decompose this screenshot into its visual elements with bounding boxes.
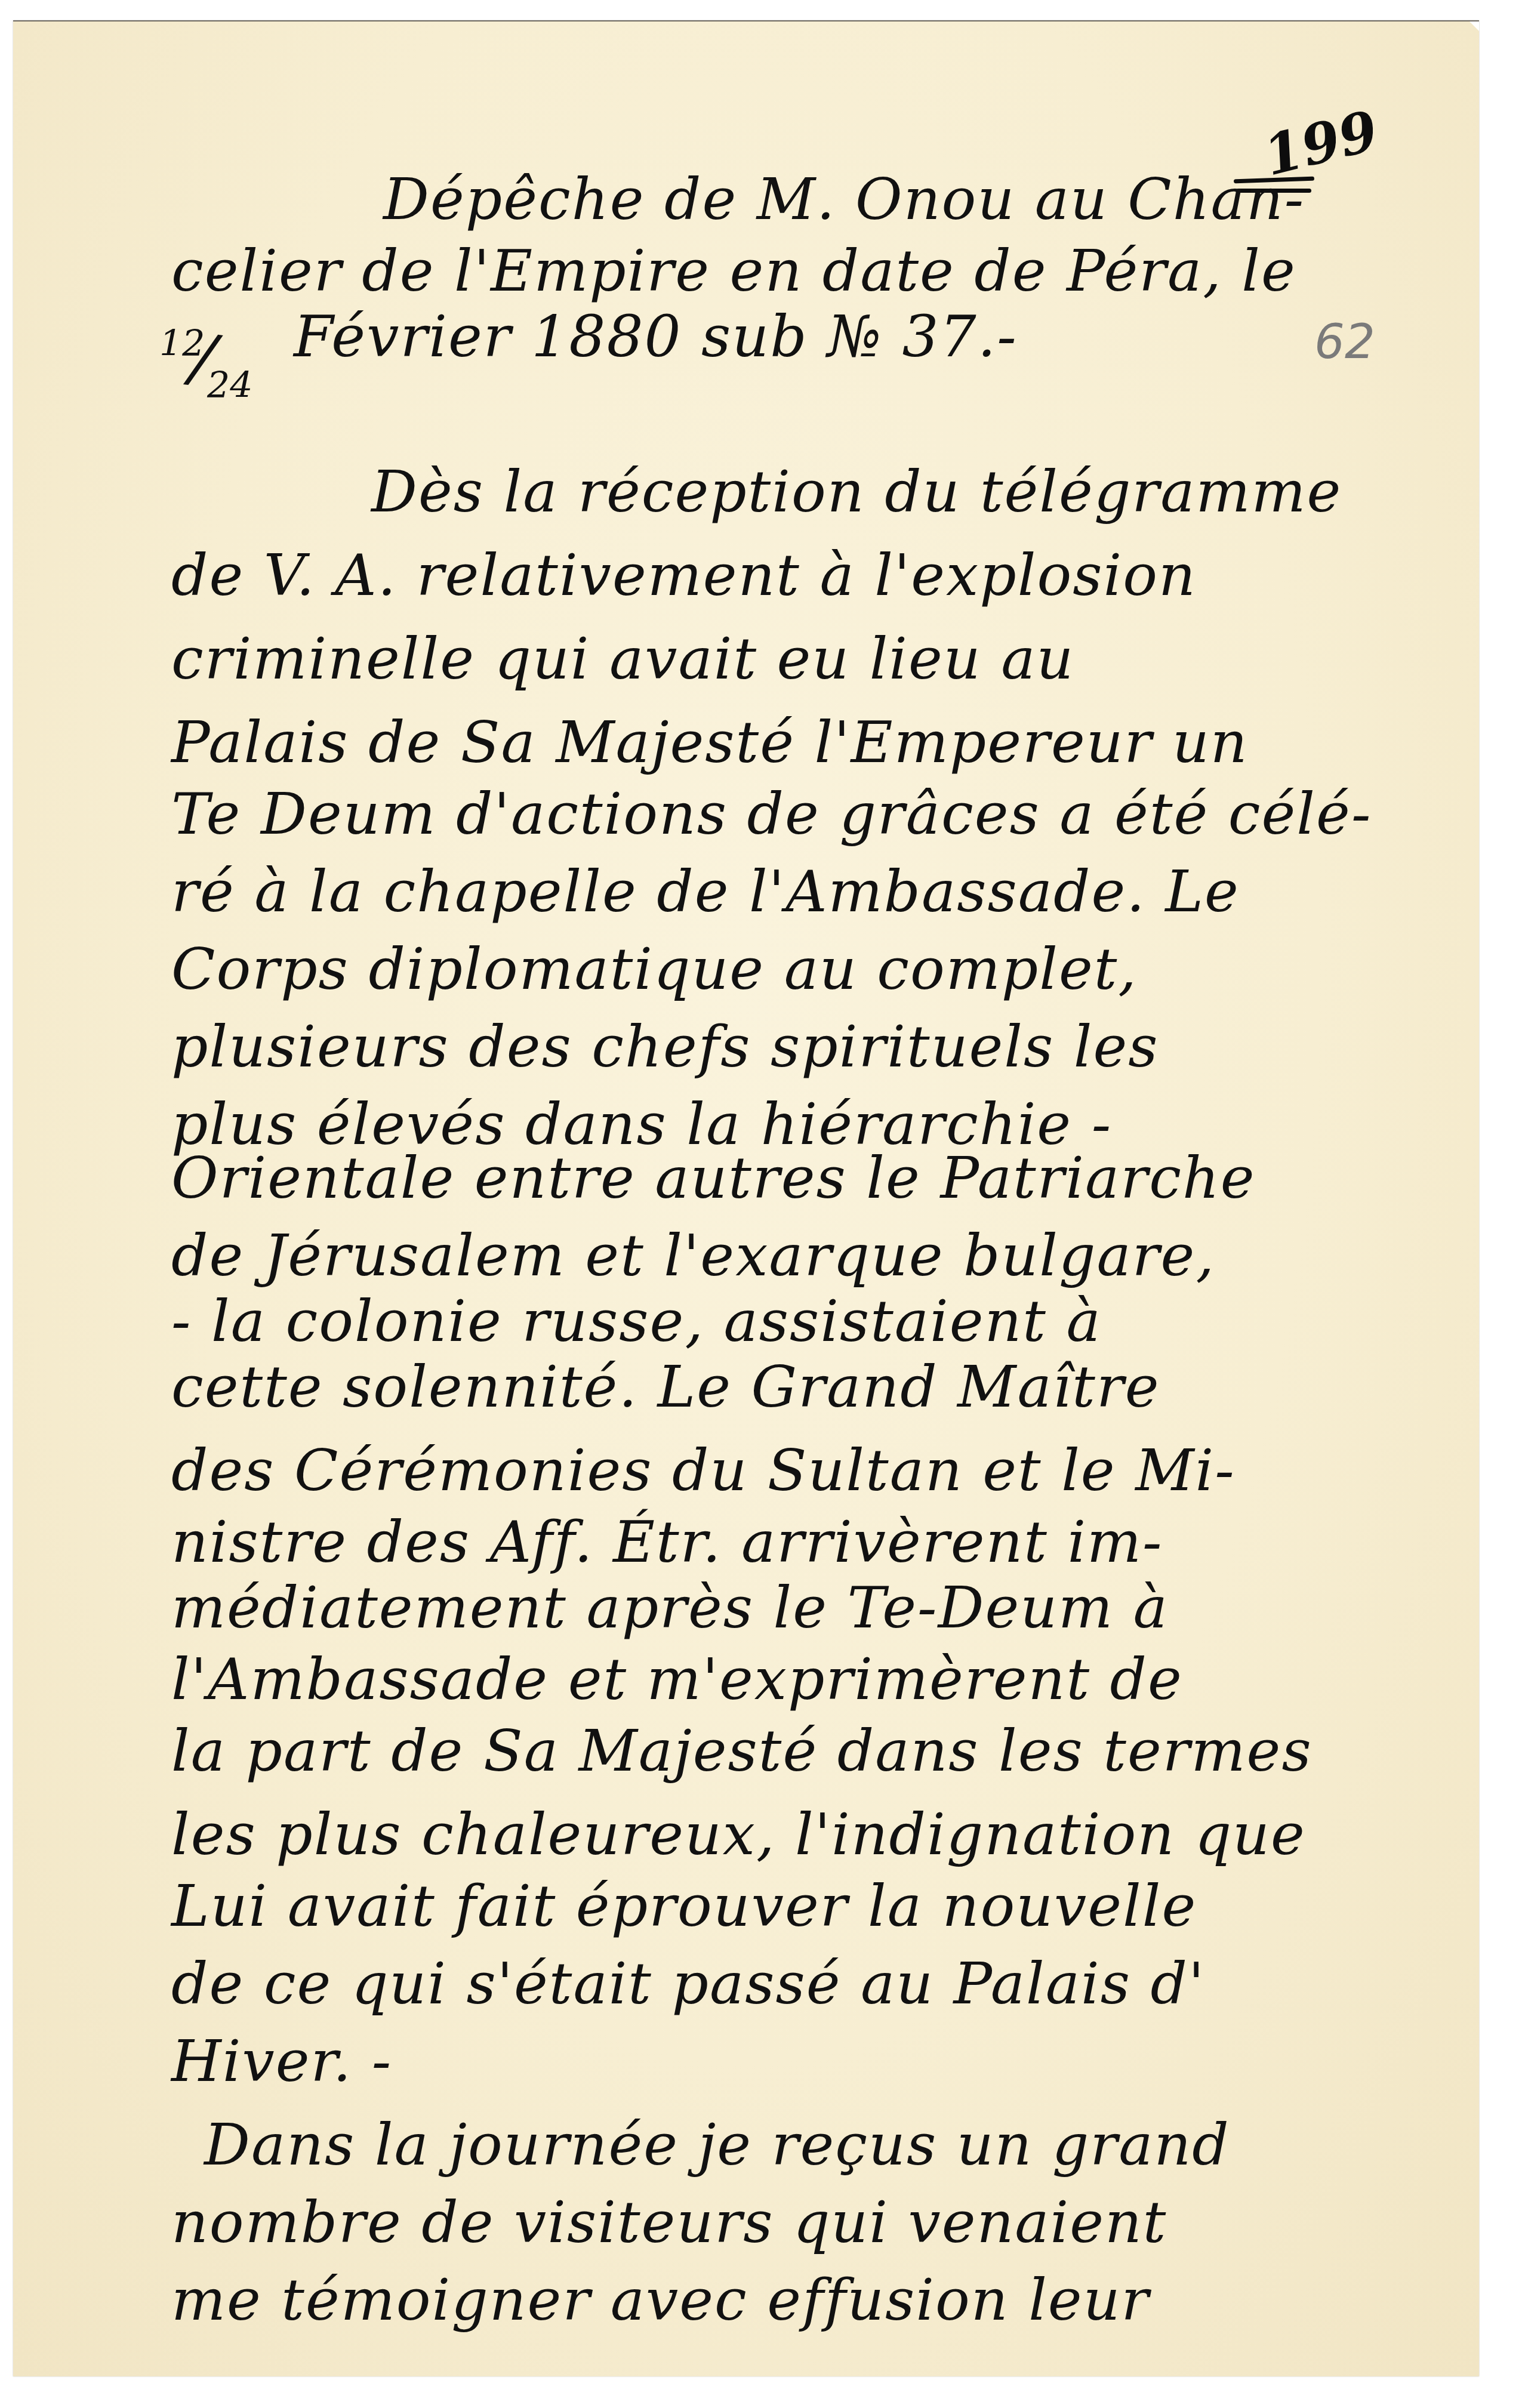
body-line: Hiver. - <box>171 2033 392 2090</box>
body-line: Corps diplomatique au complet, <box>171 941 1138 998</box>
body-line: des Cérémonies du Sultan et le Mi- <box>171 1442 1236 1499</box>
body-line: plusieurs des chefs spirituels les <box>171 1018 1159 1075</box>
body-line: Dans la journée je reçus un grand <box>204 2116 1230 2173</box>
date-fraction-bottom: 24 <box>207 365 252 406</box>
body-line: cette solennité. Le Grand Maître <box>171 1358 1160 1416</box>
body-line: - la colonie russe, assistaient à <box>171 1293 1102 1350</box>
body-line: médiatement après le Te-Deum à <box>171 1579 1169 1636</box>
body-line: criminelle qui avait eu lieu au <box>171 630 1074 687</box>
body-line: Lui avait fait éprouver la nouvelle <box>171 1877 1197 1935</box>
header-line-2: celier de l'Empire en date de Péra, le <box>171 242 1296 300</box>
header-date-text: Février 1880 sub № 37.- <box>294 303 1018 370</box>
body-line: Palais de Sa Majesté l'Empereur un <box>171 714 1249 771</box>
body-line: ré à la chapelle de l'Ambassade. Le <box>171 863 1240 920</box>
body-line: me témoigner avec effusion leur <box>171 2271 1150 2329</box>
body-line: de ce qui s'était passé au Palais d' <box>171 1955 1205 2012</box>
header-line-3: Février 1880 sub № 37.- <box>294 308 1018 365</box>
document-page: 199 62 Dépêche de M. Onou au Chan- celie… <box>13 20 1479 2376</box>
header-line-1: Dépêche de M. Onou au Chan- <box>383 171 1305 228</box>
body-line: Dès la réception du télégramme <box>371 463 1342 520</box>
body-line: Te Deum d'actions de grâces a été célé- <box>171 785 1372 843</box>
body-line: de V. A. relativement à l'explosion <box>171 547 1197 604</box>
body-line: Orientale entre autres le Patriarche <box>171 1149 1256 1207</box>
body-line: les plus chaleureux, l'indignation que <box>171 1806 1306 1863</box>
body-line: l'Ambassade et m'exprimèrent de <box>171 1651 1183 1708</box>
body-line: nistre des Aff. Étr. arrivèrent im- <box>171 1513 1163 1571</box>
pencil-archive-number: 62 <box>1314 314 1375 369</box>
body-line: de Jérusalem et l'exarque bulgare, <box>171 1227 1215 1284</box>
body-line: la part de Sa Majesté dans les termes <box>171 1722 1313 1780</box>
body-line: nombre de visiteurs qui venaient <box>171 2194 1167 2251</box>
